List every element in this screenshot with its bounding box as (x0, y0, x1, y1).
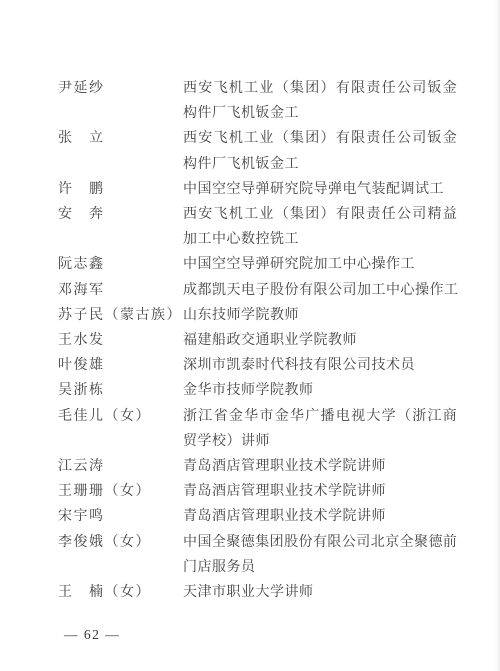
entry-desc-line: 青岛酒店管理职业技术学院讲师 (183, 454, 457, 479)
entry-desc-line: 西安飞机工业（集团）有限责任公司精益 (183, 202, 457, 227)
entry-name: 王水发 (58, 328, 183, 353)
entry-desc-line: 中国空空导弹研究院导弹电气装配调试工 (183, 177, 457, 202)
entry-desc-line: 福建船政交通职业学院教师 (183, 328, 457, 353)
entry-desc-line: 浙江省金华市金华广播电视大学（浙江商 (183, 404, 457, 429)
list-entry: 阮志鑫 中国空空导弹研究院加工中心操作工 (58, 252, 457, 277)
name-list: 尹延纱 西安飞机工业（集团）有限责任公司钣金构件厂飞机钣金工 张 立 西安飞机工… (58, 76, 457, 605)
list-entry: 李俊娥（女） 中国全聚德集团股份有限公司北京全聚德前门店服务员 (58, 530, 457, 580)
entry-desc-line: 山东技师学院教师 (183, 303, 457, 328)
entry-desc-line: 贸学校）讲师 (183, 429, 457, 454)
entry-name: 许 鹏 (58, 177, 183, 202)
entry-name: 吴浙栋 (58, 378, 183, 403)
entry-description: 福建船政交通职业学院教师 (183, 328, 457, 353)
entry-name: 李俊娥（女） (58, 530, 183, 555)
entry-description: 中国空空导弹研究院加工中心操作工 (183, 252, 457, 277)
entry-name: 邓海军 (58, 278, 183, 303)
entry-desc-line: 西安飞机工业（集团）有限责任公司钣金 (183, 126, 457, 151)
entry-name: 王 楠（女） (58, 580, 183, 605)
entry-name: 宋宇鸣 (58, 504, 183, 529)
list-entry: 江云涛 青岛酒店管理职业技术学院讲师 (58, 454, 457, 479)
entry-desc-line: 门店服务员 (183, 555, 457, 580)
entry-name: 尹延纱 (58, 76, 183, 101)
scan-edge-shadow (495, 0, 500, 671)
entry-description: 中国空空导弹研究院导弹电气装配调试工 (183, 177, 457, 202)
entry-name: 江云涛 (58, 454, 183, 479)
entry-name: 苏子民（蒙古族） (58, 303, 183, 328)
entry-description: 西安飞机工业（集团）有限责任公司钣金构件厂飞机钣金工 (183, 76, 457, 126)
entry-name: 王珊珊（女） (58, 479, 183, 504)
entry-desc-line: 青岛酒店管理职业技术学院讲师 (183, 479, 457, 504)
entry-description: 西安飞机工业（集团）有限责任公司钣金构件厂飞机钣金工 (183, 126, 457, 176)
entry-name: 张 立 (58, 126, 183, 151)
list-entry: 安 奔 西安飞机工业（集团）有限责任公司精益加工中心数控铣工 (58, 202, 457, 252)
entry-desc-line: 天津市职业大学讲师 (183, 580, 457, 605)
entry-description: 西安飞机工业（集团）有限责任公司精益加工中心数控铣工 (183, 202, 457, 252)
entry-name: 叶俊雄 (58, 353, 183, 378)
entry-desc-line: 成都凯天电子股份有限公司加工中心操作工 (183, 278, 457, 303)
entry-name: 安 奔 (58, 202, 183, 227)
entry-desc-line: 构件厂飞机钣金工 (183, 152, 457, 177)
entry-description: 中国全聚德集团股份有限公司北京全聚德前门店服务员 (183, 530, 457, 580)
entry-desc-line: 构件厂飞机钣金工 (183, 101, 457, 126)
document-page: 尹延纱 西安飞机工业（集团）有限责任公司钣金构件厂飞机钣金工 张 立 西安飞机工… (0, 0, 500, 671)
entry-desc-line: 西安飞机工业（集团）有限责任公司钣金 (183, 76, 457, 101)
list-entry: 王 楠（女） 天津市职业大学讲师 (58, 580, 457, 605)
list-entry: 邓海军 成都凯天电子股份有限公司加工中心操作工 (58, 278, 457, 303)
entry-description: 浙江省金华市金华广播电视大学（浙江商贸学校）讲师 (183, 404, 457, 454)
list-entry: 毛佳儿（女） 浙江省金华市金华广播电视大学（浙江商贸学校）讲师 (58, 404, 457, 454)
entry-description: 青岛酒店管理职业技术学院讲师 (183, 454, 457, 479)
entry-name: 毛佳儿（女） (58, 404, 183, 429)
list-entry: 王珊珊（女） 青岛酒店管理职业技术学院讲师 (58, 479, 457, 504)
entry-description: 成都凯天电子股份有限公司加工中心操作工 (183, 278, 457, 303)
entry-description: 青岛酒店管理职业技术学院讲师 (183, 504, 457, 529)
entry-description: 天津市职业大学讲师 (183, 580, 457, 605)
list-entry: 宋宇鸣 青岛酒店管理职业技术学院讲师 (58, 504, 457, 529)
list-entry: 张 立 西安飞机工业（集团）有限责任公司钣金构件厂飞机钣金工 (58, 126, 457, 176)
entry-desc-line: 金华市技师学院教师 (183, 378, 457, 403)
entry-desc-line: 深圳市凯泰时代科技有限公司技术员 (183, 353, 457, 378)
entry-description: 山东技师学院教师 (183, 303, 457, 328)
entry-desc-line: 青岛酒店管理职业技术学院讲师 (183, 504, 457, 529)
entry-description: 金华市技师学院教师 (183, 378, 457, 403)
page-number: — 62 — (64, 627, 120, 643)
list-entry: 叶俊雄 深圳市凯泰时代科技有限公司技术员 (58, 353, 457, 378)
entry-description: 青岛酒店管理职业技术学院讲师 (183, 479, 457, 504)
entry-desc-line: 中国空空导弹研究院加工中心操作工 (183, 252, 457, 277)
list-entry: 许 鹏 中国空空导弹研究院导弹电气装配调试工 (58, 177, 457, 202)
list-entry: 苏子民（蒙古族） 山东技师学院教师 (58, 303, 457, 328)
entry-description: 深圳市凯泰时代科技有限公司技术员 (183, 353, 457, 378)
entry-desc-line: 加工中心数控铣工 (183, 227, 457, 252)
entry-name: 阮志鑫 (58, 252, 183, 277)
list-entry: 吴浙栋 金华市技师学院教师 (58, 378, 457, 403)
entry-desc-line: 中国全聚德集团股份有限公司北京全聚德前 (183, 530, 457, 555)
list-entry: 王水发 福建船政交通职业学院教师 (58, 328, 457, 353)
list-entry: 尹延纱 西安飞机工业（集团）有限责任公司钣金构件厂飞机钣金工 (58, 76, 457, 126)
